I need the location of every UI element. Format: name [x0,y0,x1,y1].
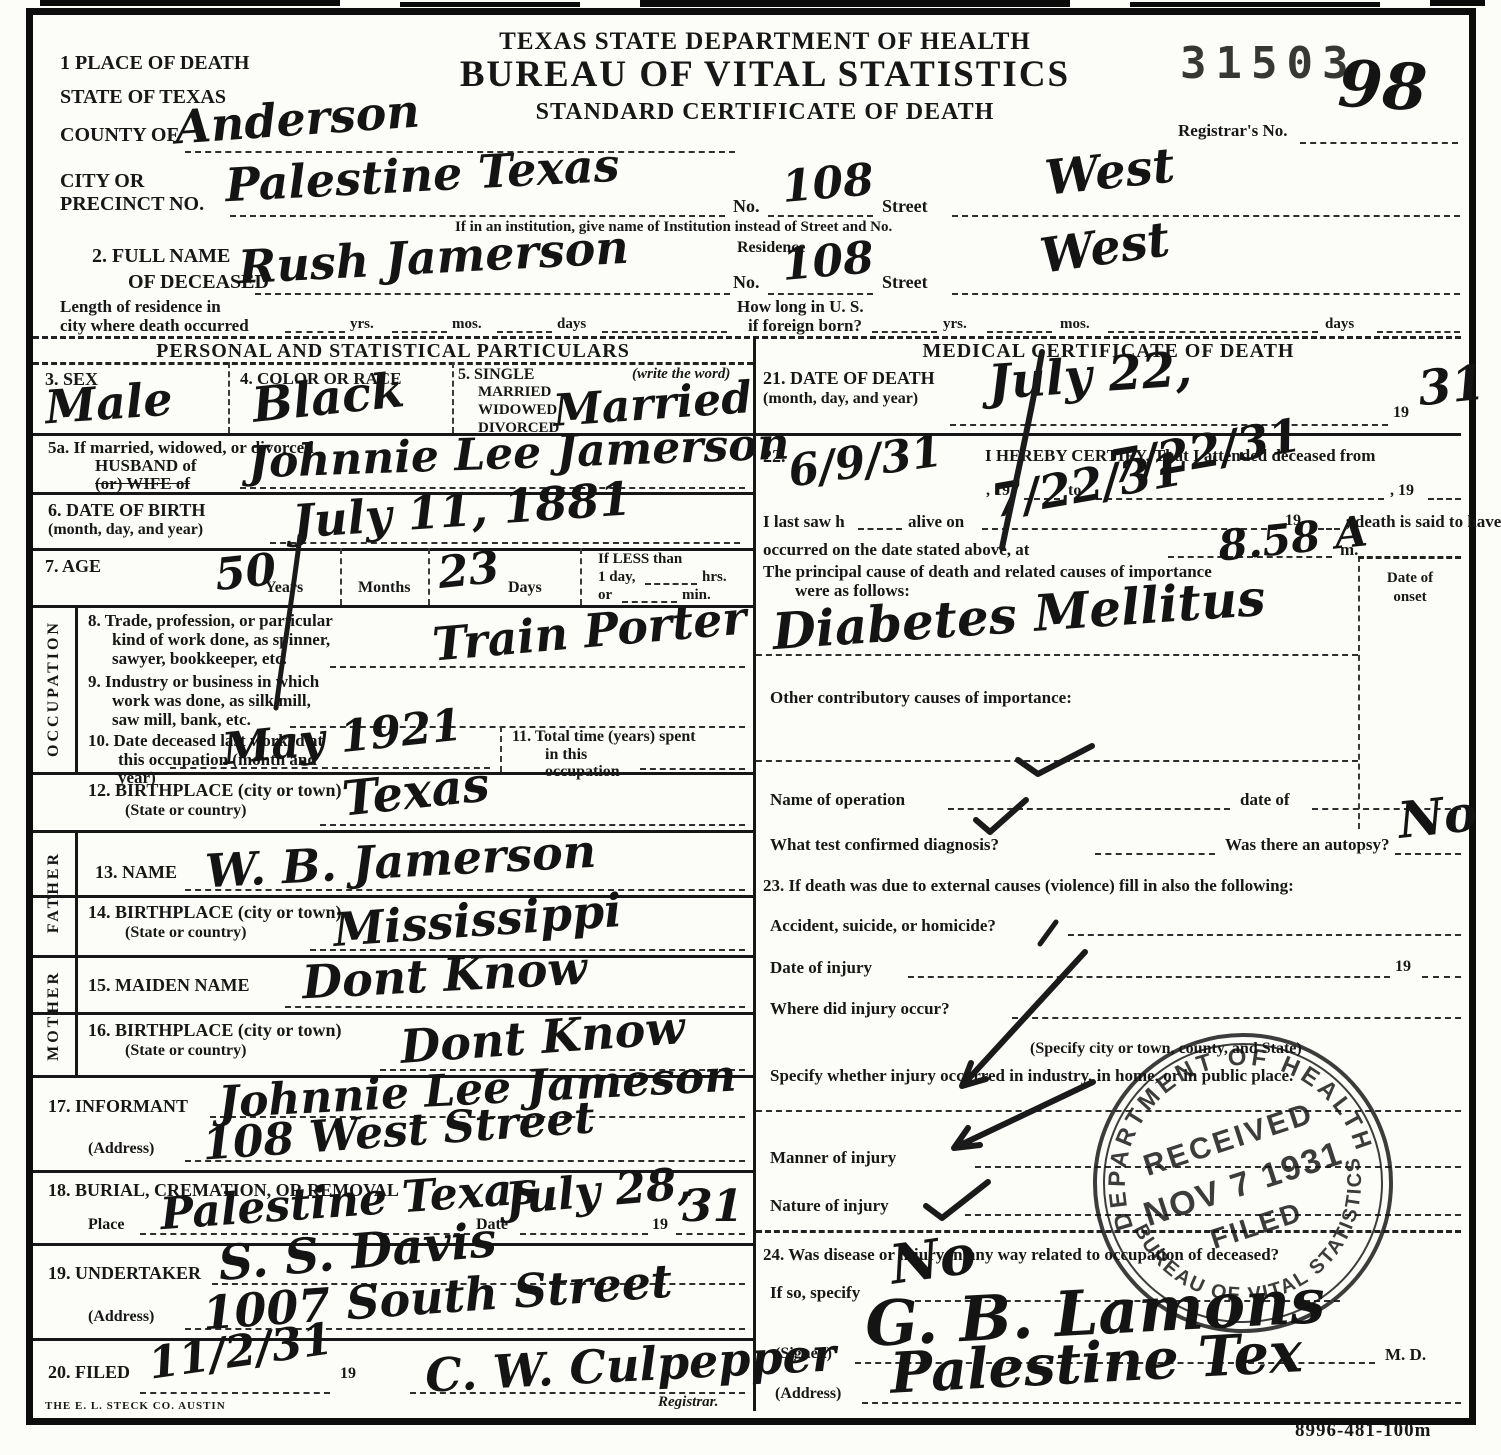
street-line [952,215,1460,217]
occupation-vertical-box: OCCUPATION [33,605,75,772]
days-cell-label: Days [508,579,542,597]
where-injury-label: Where did injury occur? [770,999,950,1018]
us-days-line2 [1377,331,1460,333]
accident-line [1068,934,1461,936]
trade-label-2: kind of work done, as spinner, [112,630,330,649]
us-days-line [1108,331,1318,333]
mother-birthplace-label: 16. BIRTHPLACE (city or town) [88,1020,342,1040]
certify-number: 22. [763,446,786,466]
full-name-label: 2. FULL NAME [92,245,230,267]
us-length-label1: How long in U. S. [737,297,864,316]
last-saw-pre: I last saw h [763,512,845,531]
operation-label: Name of operation [770,790,905,809]
place-of-death-label: 1 PLACE OF DEATH [60,52,249,74]
days-line2 [602,331,727,333]
burial-year-line [676,1233,745,1235]
informant-label: 17. INFORMANT [48,1096,188,1116]
scan-artifact [400,2,580,7]
cause-line [756,654,1358,656]
scan-artifact [40,0,340,6]
header-separator [33,336,1461,339]
dept-header: TEXAS STATE DEPARTMENT OF HEALTH [470,28,1060,56]
cell-divider [228,362,230,433]
contributory-label: Other contributory causes of importance: [770,688,1072,707]
res-street-line [952,293,1460,295]
marital-single-label: 5. SINGLE [458,366,534,384]
autopsy-label: Was there an autopsy? [1225,835,1390,854]
external-causes-label: 23. If death was due to external causes … [763,876,1294,895]
birthplace-value: Texas [340,760,492,823]
days-line [497,331,552,333]
standard-header: STANDARD CERTIFICATE OF DEATH [470,99,1060,126]
occurred-pre: occurred on the date stated above, at [763,540,1029,559]
last-saw-blank [858,528,902,530]
signed-label: (Signed) [775,1345,832,1363]
dod-year-prefix: 19 [1393,404,1409,422]
us-days-label: days [1325,316,1354,333]
physician-address-label: (Address) [775,1385,841,1403]
parents-divider [75,830,78,1075]
date-of-death-sub: (month, day, and year) [763,390,918,408]
house-no-value: 108 [780,158,875,210]
registrar-no-line [1300,142,1458,144]
res-no-line [768,293,873,295]
age-days-value: 23 [436,546,501,596]
city-label: CITY OR [60,170,144,192]
house-no-line [768,215,873,217]
father-birthplace-label: 14. BIRTHPLACE (city or town) [88,902,342,922]
res-street-label: Street [882,272,928,292]
diagnosis-label: What test confirmed diagnosis? [770,835,999,854]
us-mos-label: mos. [1060,316,1090,333]
informant-address-label: (Address) [88,1140,154,1158]
res-no-label: No. [733,272,760,292]
father-vertical-label: FATHER [45,851,63,933]
row-border [33,830,753,833]
undertaker-address-label: (Address) [88,1308,154,1326]
registrar-no-label: Registrar's No. [1178,121,1288,140]
certificate-number-stamp: 31503 [1180,38,1357,89]
form-number: 8996-481-100m [1295,1420,1431,1441]
contributory-bottom-line [756,760,1358,762]
us-yrs-label: yrs. [943,316,967,333]
residence-length-label2: city where death occurred [60,316,249,335]
scan-artifact [1430,0,1485,6]
date-of-injury-label: Date of injury [770,958,872,977]
filed-year-prefix: 19 [340,1365,356,1383]
date-of-birth-sub: (month, day, and year) [48,521,203,539]
attended-line3 [1428,498,1461,500]
where-injury-line [1012,1017,1461,1019]
yrs-line [285,331,345,333]
mother-vertical-box: MOTHER [33,955,75,1075]
us-length-label2: if foreign born? [748,316,862,335]
row-border [33,895,753,898]
onset-box-top-border [1358,556,1461,559]
occupation-divider [75,605,78,772]
us-mos-line [987,331,1052,333]
undertaker-label: 19. UNDERTAKER [48,1263,201,1283]
received-stamp: DEPARTMENT OF HEALTH BUREAU OF VITAL STA… [1085,1025,1401,1341]
days-label: days [557,316,586,333]
last-saw-post: alive on [908,512,964,531]
operation-line [948,808,1230,810]
street-label: Street [882,196,928,216]
nature-injury-label: Nature of injury [770,1196,889,1215]
sex-value: Male [44,376,174,431]
attended-y2: , 19 [1390,482,1414,500]
burial-place-label: Place [88,1216,124,1234]
accident-label: Accident, suicide, or homicide? [770,916,996,935]
personal-section-title: PERSONAL AND STATISTICAL PARTICULARS [33,340,753,362]
injury-year-line [1422,976,1461,978]
onset-label-1: Date of [1360,570,1460,587]
cell-divider [428,548,430,605]
father-vertical-box: FATHER [33,830,75,955]
mother-maiden-name-label: 15. MAIDEN NAME [88,975,250,995]
birthplace-sub: (State or country) [125,802,246,820]
mos-line [392,331,447,333]
scan-artifact [1130,2,1380,7]
if-less-label: If LESS than [598,551,682,568]
father-name-label: 13. NAME [95,862,177,882]
res-no-value: 108 [780,236,875,288]
occupation-vertical-label: OCCUPATION [45,620,63,757]
total-time-line [640,768,745,770]
residence-length-label1: Length of residence in [60,297,221,316]
last-saw-tail: ; death is said to have [1345,512,1501,531]
months-label: Months [358,579,410,597]
filed-label: 20. FILED [48,1362,130,1382]
burial-date-line [520,1233,648,1235]
mother-birthplace-sub: (State or country) [125,1042,246,1060]
filed-date-line [140,1392,330,1394]
total-time-label-1: 11. Total time (years) spent [512,728,696,746]
us-yrs-line [872,331,937,333]
burial-year-prefix: 19 [652,1216,668,1234]
registrar-label: Registrar. [658,1394,718,1411]
registrar-no-value: 98 [1336,53,1428,122]
diagnosis-line [1095,853,1215,855]
industry-label-1: 9. Industry or business in which [88,672,319,691]
cell-divider [500,726,502,772]
mos-label: mos. [452,316,482,333]
column-divider [753,336,756,1411]
years-label: Years [265,579,303,597]
mother-name-value: Dont Know [301,945,588,1006]
date-of-death-label: 21. DATE OF DEATH [763,368,935,388]
marital-widowed-label: WIDOWED [478,402,557,419]
autopsy-value: No [1396,788,1480,846]
burial-year-value: 31 [682,1185,743,1229]
street-value: West [1043,141,1177,202]
wife-of-label: (or) WIFE of [95,474,190,493]
total-time-label-2: in this [545,746,587,764]
injury-year-prefix: 19 [1395,958,1411,976]
industry-label-2: work was done, as silk mill, [112,691,311,710]
one-day-label: 1 day, [598,569,636,586]
age-label: 7. AGE [45,556,101,576]
birthplace-label: 12. BIRTHPLACE (city or town) [88,780,342,800]
husband-of-label: HUSBAND of [95,456,197,475]
hrs-label: hrs. [702,569,727,586]
operation-date-label: date of [1240,790,1290,809]
onset-label-2: onset [1360,589,1460,606]
city-blank-line [230,215,725,217]
full-name-line [255,293,730,295]
printer-note: THE E. L. STECK CO. AUSTIN [45,1400,226,1412]
marital-married-label: MARRIED [478,384,551,401]
dod-year-value: 31 [1416,359,1487,414]
trade-label-3: sawyer, bookkeeper, etc. [112,649,287,668]
county-label: COUNTY OF [60,124,179,146]
manner-injury-label: Manner of injury [770,1148,896,1167]
hrs-line [645,583,697,585]
race-value: Black [250,366,407,430]
trade-label-1: 8. Trade, profession, or particular [88,611,333,630]
cell-divider [580,548,582,605]
if-so-specify-label: If so, specify [770,1283,860,1302]
trade-line [330,666,745,668]
yrs-label: yrs. [350,316,374,333]
scan-artifact [640,0,1070,7]
md-label: M. D. [1385,1345,1426,1364]
cell-divider [452,362,454,433]
date-of-birth-label: 6. DATE OF BIRTH [48,500,205,520]
death-certificate-scan: 1 PLACE OF DEATH STATE OF TEXAS COUNTY O… [0,0,1501,1455]
birthplace-line [320,824,745,826]
autopsy-line [1395,853,1461,855]
precinct-label: PRECINCT NO. [60,193,204,215]
house-no-label: No. [733,196,760,216]
bureau-header: BUREAU OF VITAL STATISTICS [450,54,1080,95]
date-of-death-line [950,424,1388,426]
date-of-death-value: July 22, [987,345,1194,407]
father-birthplace-sub: (State or country) [125,924,246,942]
cell-divider [340,548,342,605]
occurred-m-label: m. [1340,540,1358,559]
date-of-injury-line [908,976,1390,978]
